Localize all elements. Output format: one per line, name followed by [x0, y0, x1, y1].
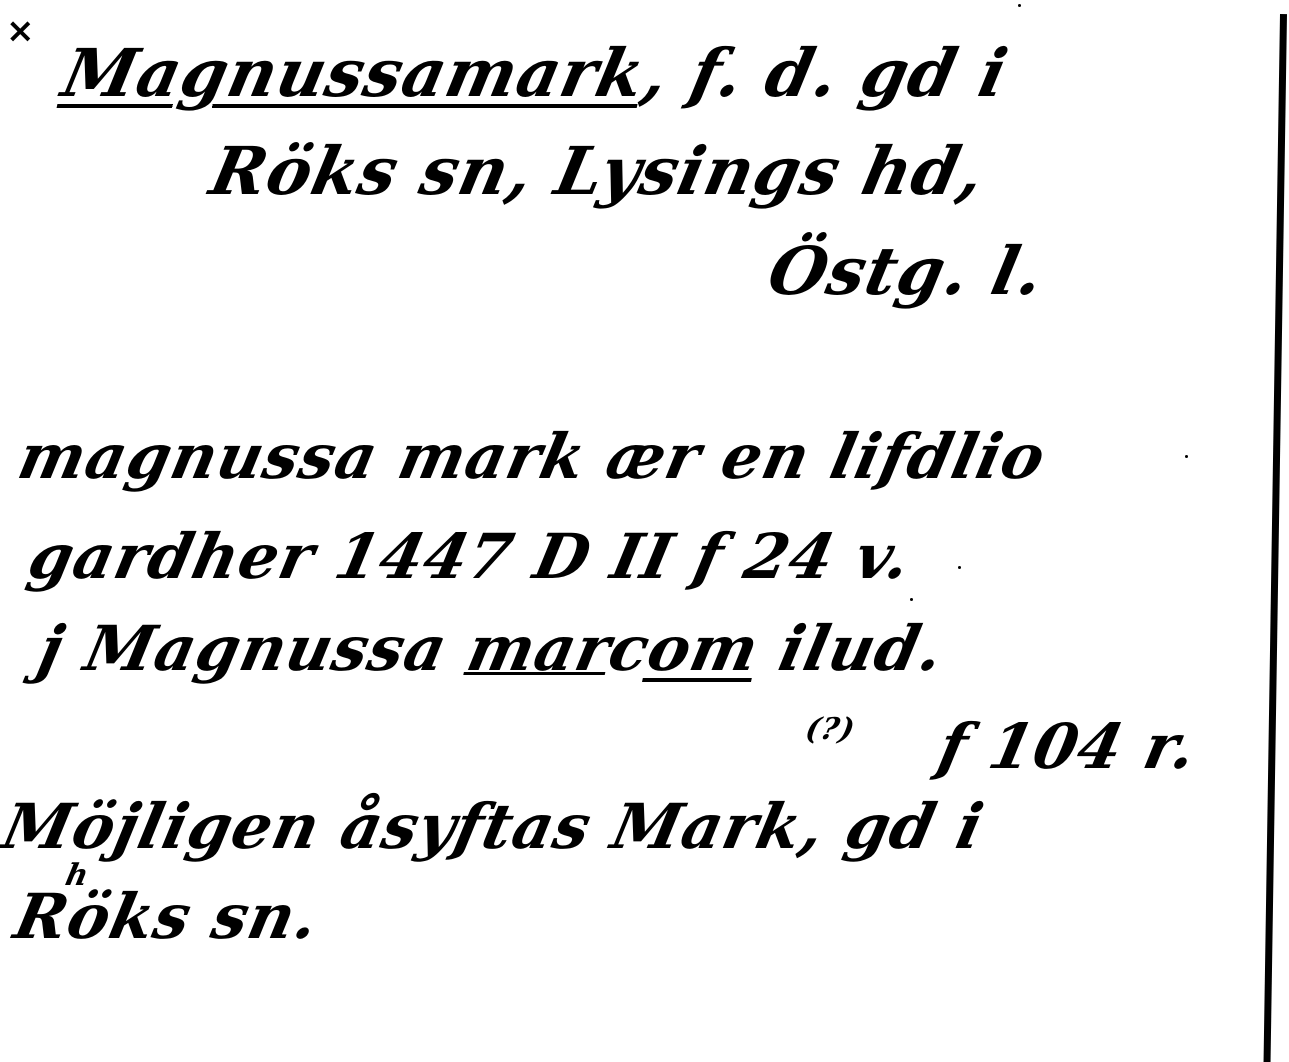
quote-word-underlined-om: om: [641, 612, 765, 685]
source-reference-text: gardher 1447 D II f 24 v.: [22, 520, 917, 593]
uncertainty-mark: (?): [802, 712, 858, 747]
heading-classification: , f. d. gd i: [636, 34, 1015, 112]
body-line-3: j Magnussa marcom ilud.: [32, 612, 950, 685]
footer-line-1: Möjligen åsyftas Mark, gd i: [0, 790, 990, 863]
parish-district-text: Röks sn, Lysings hd,: [204, 132, 992, 210]
heading-line-2: Röks sn, Lysings hd,: [204, 132, 992, 210]
folio-text: f 104 r.: [932, 710, 1203, 783]
place-name-heading: Magnussamark: [56, 34, 653, 112]
quote-word-underlined-a: mar: [461, 612, 618, 685]
query-text: (?): [802, 712, 858, 747]
footer-line-2: Röks sn.: [8, 880, 325, 953]
body-line-1: magnussa mark ær en lifdlio: [12, 420, 1052, 493]
heading-line-1: Magnussamark, f. d. gd i: [56, 34, 1015, 112]
scan-speck: [540, 568, 543, 571]
scan-speck: [1018, 4, 1021, 7]
source-quote-text: magnussa mark ær en lifdlio: [12, 420, 1052, 493]
scan-speck: [958, 566, 961, 569]
folio-reference: f 104 r.: [932, 710, 1203, 783]
x-mark-icon: ×: [6, 14, 35, 48]
quote-prefix: j Magnussa: [32, 612, 476, 685]
scan-speck: [1185, 455, 1188, 458]
quote-suffix: ilud.: [750, 612, 950, 685]
scan-speck: [910, 598, 913, 601]
index-card: × Magnussamark, f. d. gd i Röks sn, Lysi…: [0, 0, 1289, 1062]
note-text: Möjligen åsyftas Mark, gd i: [0, 790, 990, 863]
note-parish-text: Röks sn.: [8, 880, 325, 953]
heading-line-3: Östg. l.: [762, 232, 1052, 310]
card-edge-line: [1264, 14, 1287, 1062]
county-text: Östg. l.: [762, 232, 1052, 310]
body-line-2: gardher 1447 D II f 24 v.: [22, 520, 917, 593]
